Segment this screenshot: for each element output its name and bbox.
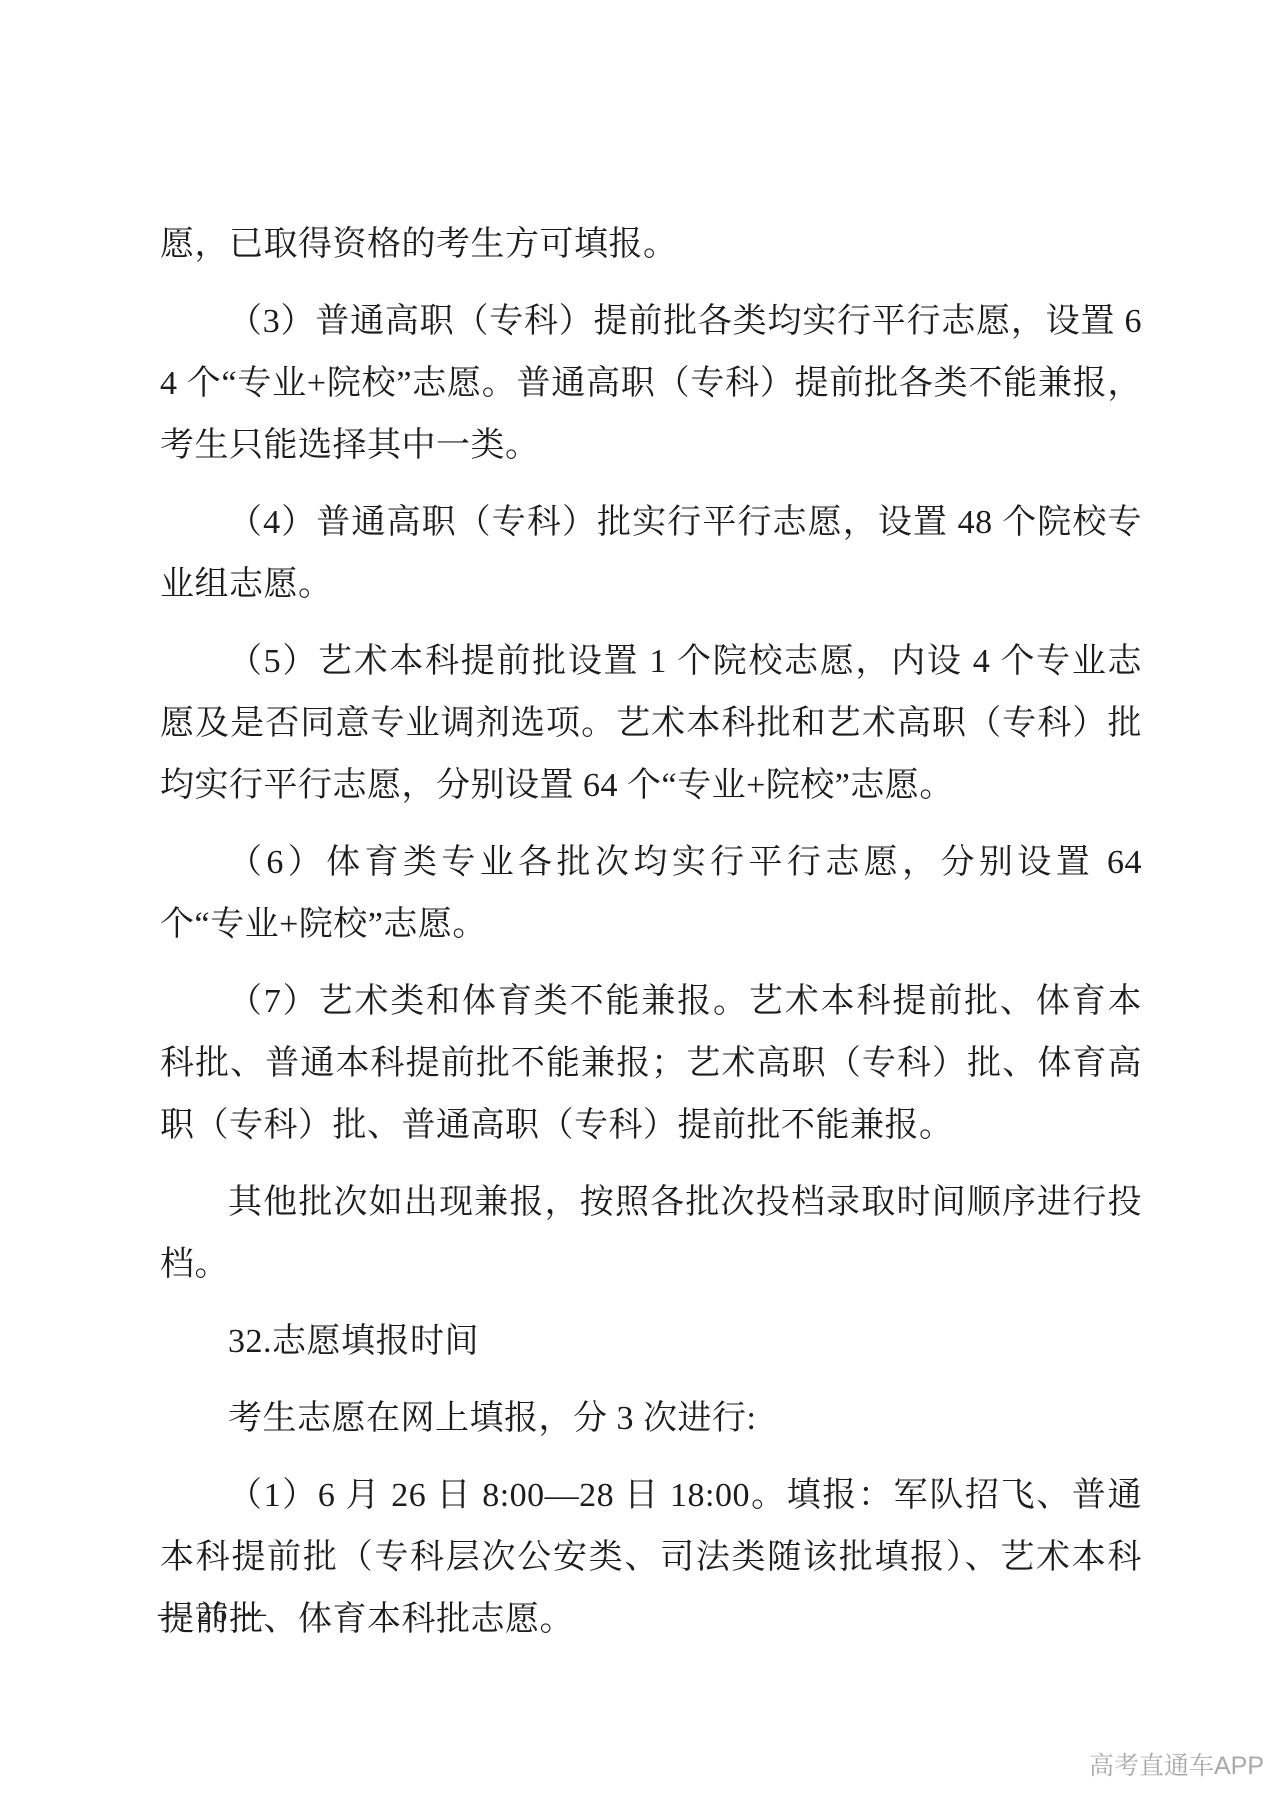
page-number: — 26 — [158,1594,268,1634]
paragraph-item-7: （7）艺术类和体育类不能兼报。艺术本科提前批、体育本科批、普通本科提前批不能兼报… [160,971,1142,1157]
paragraph-online-filing: 考生志愿在网上填报，分 3 次进行: [160,1388,1142,1450]
paragraph-other-batches: 其他批次如出现兼报，按照各批次投档录取时间顺序进行投档。 [160,1172,1142,1296]
paragraph-item-6: （6）体育类专业各批次均实行平行志愿，分别设置 64 个“专业+院校”志愿。 [160,832,1142,956]
paragraph-item-4: （4）普通高职（专科）批实行平行志愿，设置 48 个院校专业组志愿。 [160,492,1142,616]
paragraph-schedule-1: （1）6 月 26 日 8:00—28 日 18:00。填报：军队招飞、普通本科… [160,1465,1142,1651]
paragraph-item-3: （3）普通高职（专科）提前批各类均实行平行志愿，设置 64 个“专业+院校”志愿… [160,291,1142,477]
paragraph-continued: 愿，已取得资格的考生方可填报。 [160,214,1142,276]
paragraph-item-5: （5）艺术本科提前批设置 1 个院校志愿，内设 4 个专业志愿及是否同意专业调剂… [160,631,1142,817]
document-page: 愿，已取得资格的考生方可填报。 （3）普通高职（专科）提前批各类均实行平行志愿，… [0,0,1280,1811]
document-text-block: 愿，已取得资格的考生方可填报。 （3）普通高职（专科）提前批各类均实行平行志愿，… [160,214,1142,1666]
watermark-text: 高考直通车APP [1089,1750,1264,1782]
heading-section-32: 32.志愿填报时间 [160,1311,1142,1373]
